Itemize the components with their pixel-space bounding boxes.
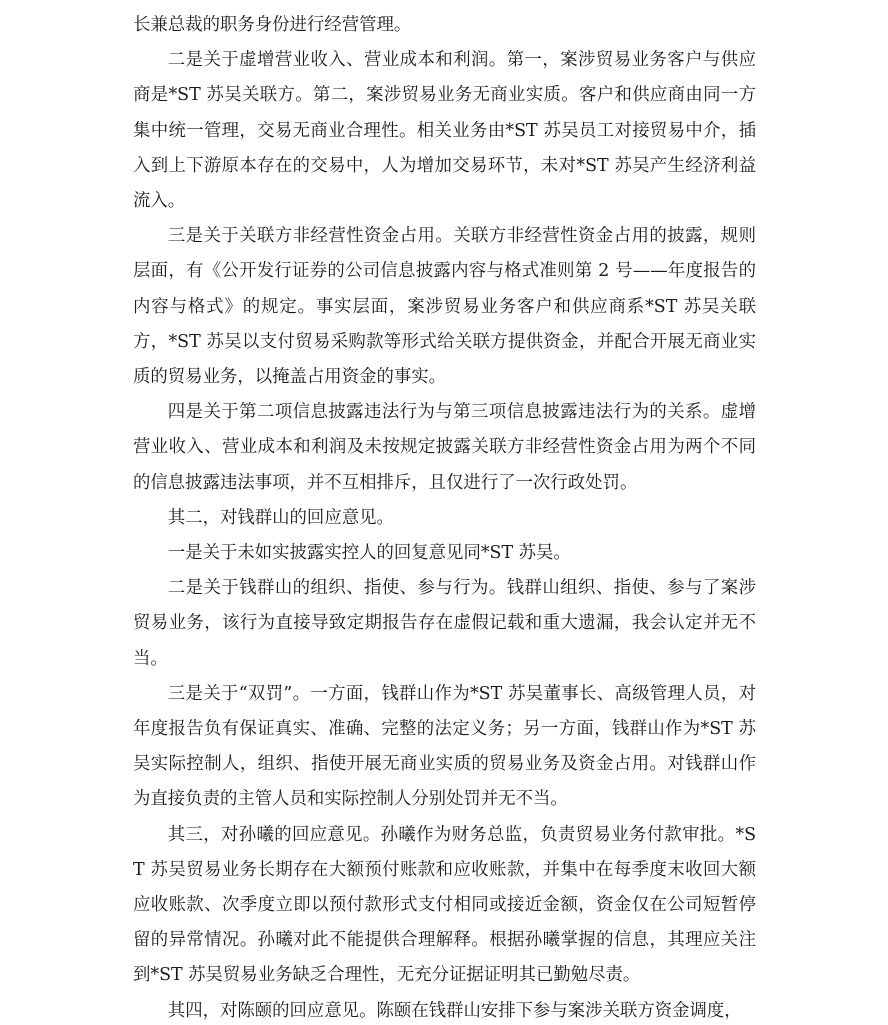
paragraph-actual-controller: 一是关于未如实披露实控人的回复意见同*ST 苏吴。 <box>133 536 756 571</box>
paragraph-chen-yi-response: 其四，对陈颐的回应意见。陈颐在钱群山安排下参与案涉关联方资金调度， <box>133 994 756 1025</box>
document-page: 长兼总裁的职务身份进行经营管理。 二是关于虚增营业收入、营业成本和利润。第一，案… <box>133 8 756 1025</box>
paragraph-sun-xi-response: 其三，对孙曦的回应意见。孙曦作为财务总监，负责贸易业务付款审批。*ST 苏吴贸易… <box>133 818 756 994</box>
paragraph-relationship-of-violations: 四是关于第二项信息披露违法行为与第三项信息披露违法行为的关系。虚增营业收入、营业… <box>133 395 756 501</box>
section-heading-qian-qunshan: 其二，对钱群山的回应意见。 <box>133 501 756 536</box>
paragraph-inflated-revenue: 二是关于虚增营业收入、营业成本和利润。第一，案涉贸易业务客户与供应商是*ST 苏… <box>133 43 756 219</box>
paragraph-continuation: 长兼总裁的职务身份进行经营管理。 <box>133 8 756 43</box>
paragraph-organize-instruct: 二是关于钱群山的组织、指使、参与行为。钱群山组织、指使、参与了案涉贸易业务，该行… <box>133 571 756 677</box>
paragraph-double-penalty: 三是关于“双罚”。一方面，钱群山作为*ST 苏吴董事长、高级管理人员，对年度报告… <box>133 677 756 818</box>
paragraph-related-party-funds: 三是关于关联方非经营性资金占用。关联方非经营性资金占用的披露，规则层面，有《公开… <box>133 219 756 395</box>
